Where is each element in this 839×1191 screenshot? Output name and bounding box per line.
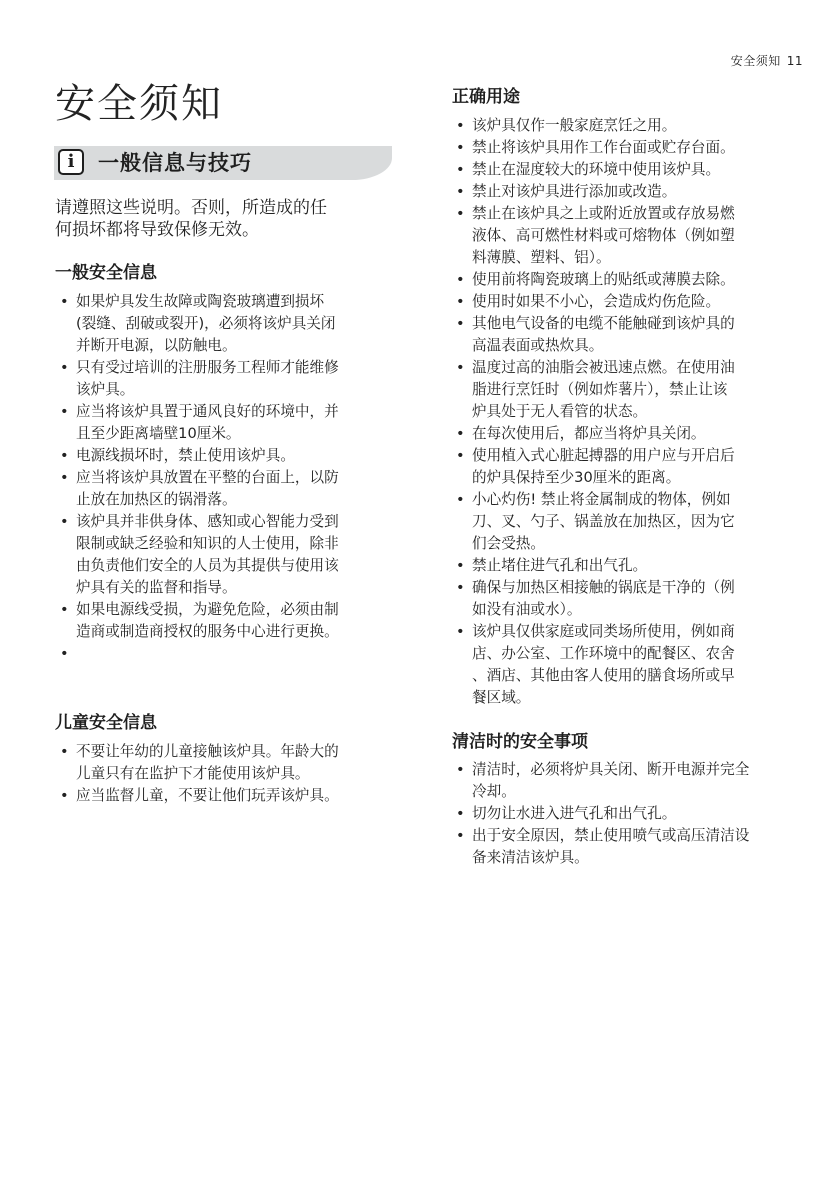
bullet-icon: • [456, 825, 468, 847]
list-item-text: 不要让年幼的儿童接触该炉具。年龄大的 [76, 741, 400, 763]
list-item: •清洁时，必须将炉具关闭、断开电源并完全冷却。 [456, 759, 801, 803]
bullet-icon: • [60, 785, 72, 807]
running-header-section: 安全须知 [731, 54, 781, 68]
list-item-text: 禁止对该炉具进行添加或改造。 [472, 181, 801, 203]
list-item: •​ [60, 643, 400, 665]
list-item: •应当将该炉具放置在平整的台面上，以防止放在加热区的锅滑落。 [60, 467, 400, 511]
list-item-text: 料薄膜、塑料、铝）。 [472, 247, 801, 269]
bullet-icon: • [456, 621, 468, 643]
bullet-icon: • [456, 423, 468, 445]
cleaning-safety-list: •清洁时，必须将炉具关闭、断开电源并完全冷却。•切勿让水进入进气孔和出气孔。•出… [456, 759, 801, 869]
bullet-icon: • [60, 445, 72, 467]
list-item-text: 应当将该炉具置于通风良好的环境中，并 [76, 401, 400, 423]
list-item-text: 使用植入式心脏起搏器的用户应与开启后 [472, 445, 801, 467]
list-item-text: 只有受过培训的注册服务工程师才能维修 [76, 357, 400, 379]
list-item-text: 禁止将该炉具用作工作台面或贮存台面。 [472, 137, 801, 159]
list-item-text: 该炉具仅供家庭或同类场所使用，例如商 [472, 621, 801, 643]
list-item-text: 该炉具仅作一般家庭烹饪之用。 [472, 115, 801, 137]
list-item-text: 电源线损坏时，禁止使用该炉具。 [76, 445, 400, 467]
list-item: •确保与加热区相接触的锅底是干净的（例如没有油或水）。 [456, 577, 801, 621]
list-item-text: 且至少距离墙壁10厘米。 [76, 423, 400, 445]
list-item: •使用前将陶瓷玻璃上的贴纸或薄膜去除。 [456, 269, 801, 291]
bullet-icon: • [456, 555, 468, 577]
list-item: •温度过高的油脂会被迅速点燃。在使用油脂进行烹饪时（例如炸薯片），禁止让该炉具处… [456, 357, 801, 423]
bullet-icon: • [456, 181, 468, 203]
info-icon: i [58, 149, 84, 175]
list-item: •应当监督儿童，不要让他们玩弄该炉具。 [60, 785, 400, 807]
banner-title: 一般信息与技巧 [98, 148, 252, 178]
list-item: •禁止在该炉具之上或附近放置或存放易燃液体、高可燃性材料或可熔物体（例如塑料薄膜… [456, 203, 801, 269]
list-item-text: 餐区域。 [472, 687, 801, 709]
section-heading-general-safety: 一般安全信息 [55, 262, 157, 284]
list-item-text: 其他电气设备的电缆不能触碰到该炉具的 [472, 313, 801, 335]
bullet-icon: • [456, 577, 468, 599]
list-item: •使用时如果不小心，会造成灼伤危险。 [456, 291, 801, 313]
list-item: •该炉具并非供身体、感知或心智能力受到限制或缺乏经验和知识的人士使用，除非由负责… [60, 511, 400, 599]
list-item: •切勿让水进入进气孔和出气孔。 [456, 803, 801, 825]
bullet-icon: • [456, 357, 468, 379]
list-item: •禁止将该炉具用作工作台面或贮存台面。 [456, 137, 801, 159]
list-item-text: 的炉具保持至少30厘米的距离。 [472, 467, 801, 489]
list-item-text: 店、办公室、工作环境中的配餐区、农舍 [472, 643, 801, 665]
section-heading-child-safety: 儿童安全信息 [55, 712, 157, 734]
list-item-text: 确保与加热区相接触的锅底是干净的（例 [472, 577, 801, 599]
list-item-text: 炉具有关的监督和指导。 [76, 577, 400, 599]
list-item-text: 应当将该炉具放置在平整的台面上，以防 [76, 467, 400, 489]
section-heading-correct-use: 正确用途 [452, 86, 520, 108]
bullet-icon: • [60, 291, 72, 313]
bullet-icon: • [456, 203, 468, 225]
list-item-text: 由负责他们安全的人员为其提供与使用该 [76, 555, 400, 577]
list-item-text: 该炉具。 [76, 379, 400, 401]
bullet-icon: • [456, 759, 468, 781]
list-item-text: 温度过高的油脂会被迅速点燃。在使用油 [472, 357, 801, 379]
list-item: •该炉具仅作一般家庭烹饪之用。 [456, 115, 801, 137]
list-item: •出于安全原因，禁止使用喷气或高压清洁设备来清洁该炉具。 [456, 825, 801, 869]
list-item: •应当将该炉具置于通风良好的环境中，并且至少距离墙壁10厘米。 [60, 401, 400, 445]
list-item-text: 应当监督儿童，不要让他们玩弄该炉具。 [76, 785, 400, 807]
list-item-text: 脂进行烹饪时（例如炸薯片），禁止让该 [472, 379, 801, 401]
list-item-text: 禁止在该炉具之上或附近放置或存放易燃 [472, 203, 801, 225]
running-header: 安全须知11 [731, 52, 803, 69]
list-item: •只有受过培训的注册服务工程师才能维修该炉具。 [60, 357, 400, 401]
bullet-icon: • [456, 291, 468, 313]
list-item: •在每次使用后，都应当将炉具关闭。 [456, 423, 801, 445]
list-item-text: 液体、高可燃性材料或可熔物体（例如塑 [472, 225, 801, 247]
general-safety-list: •如果炉具发生故障或陶瓷玻璃遭到损坏 (裂缝、刮破或裂开)，必须将该炉具关闭并断… [60, 291, 400, 665]
list-item-text: 高温表面或热炊具。 [472, 335, 801, 357]
list-item-text: (裂缝、刮破或裂开)，必须将该炉具关闭 [76, 313, 400, 335]
bullet-icon: • [60, 741, 72, 763]
bullet-icon: • [60, 401, 72, 423]
list-item-text: 禁止堵住进气孔和出气孔。 [472, 555, 801, 577]
list-item-text: 并断开电源，以防触电。 [76, 335, 400, 357]
bullet-icon: • [456, 137, 468, 159]
list-item-text: 如果炉具发生故障或陶瓷玻璃遭到损坏 [76, 291, 400, 313]
list-item: •该炉具仅供家庭或同类场所使用，例如商店、办公室、工作环境中的配餐区、农舍、酒店… [456, 621, 801, 709]
list-item-text: 该炉具并非供身体、感知或心智能力受到 [76, 511, 400, 533]
list-item-text: 禁止在湿度较大的环境中使用该炉具。 [472, 159, 801, 181]
list-item: •禁止在湿度较大的环境中使用该炉具。 [456, 159, 801, 181]
list-item: •禁止堵住进气孔和出气孔。 [456, 555, 801, 577]
list-item-text: 炉具处于无人看管的状态。 [472, 401, 801, 423]
list-item-text: 备来清洁该炉具。 [472, 847, 801, 869]
child-safety-list: •不要让年幼的儿童接触该炉具。年龄大的儿童只有在监护下才能使用该炉具。•应当监督… [60, 741, 400, 807]
bullet-icon: • [456, 445, 468, 467]
list-item-text: 清洁时，必须将炉具关闭、断开电源并完全 [472, 759, 801, 781]
list-item-text: 使用前将陶瓷玻璃上的贴纸或薄膜去除。 [472, 269, 801, 291]
page-number: 11 [787, 54, 803, 68]
list-item-text: 止放在加热区的锅滑落。 [76, 489, 400, 511]
list-item: •禁止对该炉具进行添加或改造。 [456, 181, 801, 203]
list-item: •使用植入式心脏起搏器的用户应与开启后的炉具保持至少30厘米的距离。 [456, 445, 801, 489]
list-item-text: 使用时如果不小心，会造成灼伤危险。 [472, 291, 801, 313]
bullet-icon: • [456, 159, 468, 181]
info-banner: i 一般信息与技巧 [54, 146, 392, 180]
intro-paragraph: 请遵照这些说明。否则，所造成的任 何损坏都将导致保修无效。 [55, 197, 395, 241]
list-item-text: 在每次使用后，都应当将炉具关闭。 [472, 423, 801, 445]
list-item-text: 刀、叉、勺子、锅盖放在加热区，因为它 [472, 511, 801, 533]
list-item-text: 冷却。 [472, 781, 801, 803]
bullet-icon: • [456, 489, 468, 511]
intro-line: 何损坏都将导致保修无效。 [55, 219, 395, 241]
list-item-text: 造商或制造商授权的服务中心进行更换。 [76, 621, 400, 643]
list-item-text: 如没有油或水）。 [472, 599, 801, 621]
list-item-text: 儿童只有在监护下才能使用该炉具。 [76, 763, 400, 785]
list-item-text: 如果电源线受损，为避免危险，必须由制 [76, 599, 400, 621]
bullet-icon: • [60, 467, 72, 489]
intro-line: 请遵照这些说明。否则，所造成的任 [55, 197, 395, 219]
correct-use-list: •该炉具仅作一般家庭烹饪之用。•禁止将该炉具用作工作台面或贮存台面。•禁止在湿度… [456, 115, 801, 709]
section-heading-cleaning-safety: 清洁时的安全事项 [452, 731, 588, 753]
list-item-text: 、酒店、其他由客人使用的膳食场所或早 [472, 665, 801, 687]
list-item-text: 切勿让水进入进气孔和出气孔。 [472, 803, 801, 825]
list-item: •小心灼伤! 禁止将金属制成的物体，例如刀、叉、勺子、锅盖放在加热区，因为它们会… [456, 489, 801, 555]
list-item-text: 们会受热。 [472, 533, 801, 555]
list-item: •如果电源线受损，为避免危险，必须由制造商或制造商授权的服务中心进行更换。 [60, 599, 400, 643]
list-item: •电源线损坏时，禁止使用该炉具。 [60, 445, 400, 467]
bullet-icon: • [60, 357, 72, 379]
page-title: 安全须知 [55, 80, 223, 128]
list-item-text: 小心灼伤! 禁止将金属制成的物体，例如 [472, 489, 801, 511]
bullet-icon: • [456, 115, 468, 137]
bullet-icon: • [456, 313, 468, 335]
bullet-icon: • [60, 599, 72, 621]
bullet-icon: • [456, 269, 468, 291]
list-item-text: ​ [76, 643, 400, 665]
list-item-text: 限制或缺乏经验和知识的人士使用，除非 [76, 533, 400, 555]
bullet-icon: • [60, 511, 72, 533]
bullet-icon: • [456, 803, 468, 825]
bullet-icon: • [60, 643, 72, 665]
list-item: •不要让年幼的儿童接触该炉具。年龄大的儿童只有在监护下才能使用该炉具。 [60, 741, 400, 785]
list-item-text: 出于安全原因，禁止使用喷气或高压清洁设 [472, 825, 801, 847]
list-item: •如果炉具发生故障或陶瓷玻璃遭到损坏 (裂缝、刮破或裂开)，必须将该炉具关闭并断… [60, 291, 400, 357]
list-item: •其他电气设备的电缆不能触碰到该炉具的高温表面或热炊具。 [456, 313, 801, 357]
